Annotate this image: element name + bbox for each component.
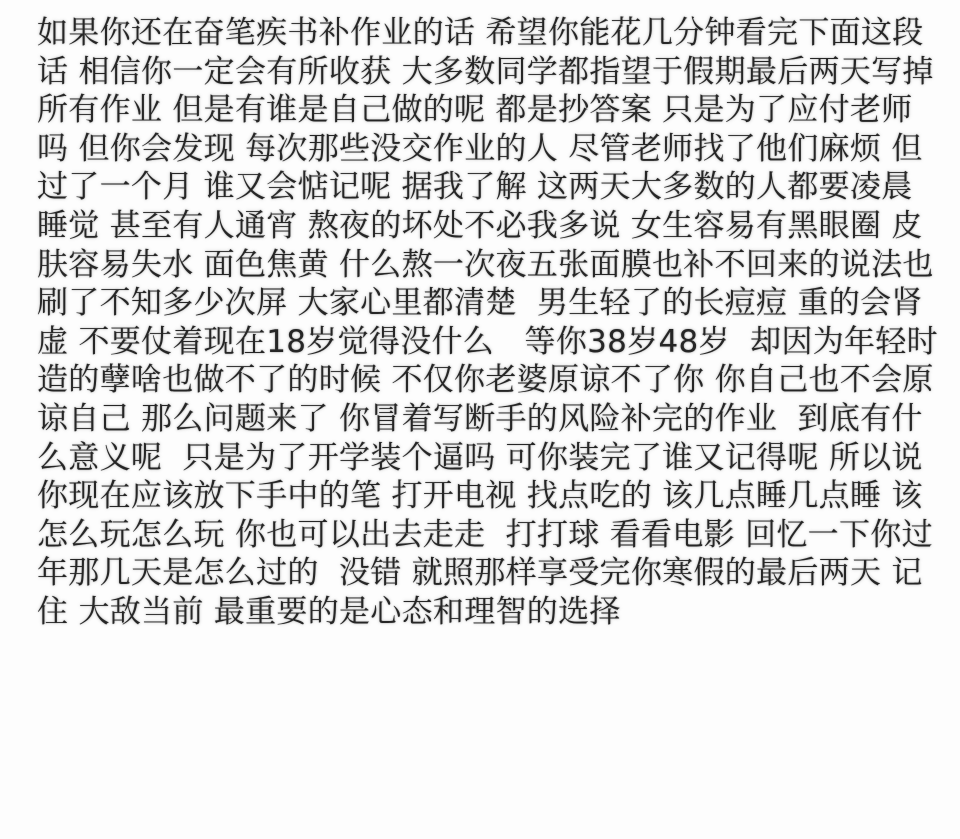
text-line: 睡觉 甚至有人通宵 熬夜的坏处不必我多说 女生容易有黑眼圈 皮 — [37, 207, 937, 246]
text-line: 所有作业 但是有谁是自己做的呢 都是抄答案 只是为了应付老师 — [37, 91, 937, 130]
text-line: 如果你还在奋笔疾书补作业的话 希望你能花几分钟看完下面这段 — [37, 14, 937, 53]
text-line: 话 相信你一定会有所收获 大多数同学都指望于假期最后两天写掉 — [37, 53, 937, 92]
text-line: 住 大敌当前 最重要的是心态和理智的选择 — [37, 593, 937, 632]
text-line: 肤容易失水 面色焦黄 什么熬一次夜五张面膜也补不回来的说法也 — [37, 246, 937, 285]
text-line: 年那几天是怎么过的 没错 就照那样享受完你寒假的最后两天 记 — [37, 554, 937, 593]
text-line: 造的孽啥也做不了的时候 不仅你老婆原谅不了你 你自己也不会原 — [37, 361, 937, 400]
text-line — [37, 747, 937, 786]
text-line — [37, 632, 937, 671]
text-line: 过了一个月 谁又会惦记呢 据我了解 这两天大多数的人都要凌晨 — [37, 168, 937, 207]
text-passage: 如果你还在奋笔疾书补作业的话 希望你能花几分钟看完下面这段 话 相信你一定会有所… — [37, 14, 937, 824]
text-line — [37, 709, 937, 748]
text-line: 怎么玩怎么玩 你也可以出去走走 打打球 看看电影 回忆一下你过 — [37, 516, 937, 555]
text-line: 虚 不要仗着现在18岁觉得没什么 等你38岁48岁 却因为年轻时 — [37, 323, 937, 362]
text-line — [37, 786, 937, 825]
text-line: 么意义呢 只是为了开学装个逼吗 可你装完了谁又记得呢 所以说 — [37, 439, 937, 478]
text-line: 谅自己 那么问题来了 你冒着写断手的风险补完的作业 到底有什 — [37, 400, 937, 439]
text-line: 吗 但你会发现 每次那些没交作业的人 尽管老师找了他们麻烦 但 — [37, 130, 937, 169]
document-page: 如果你还在奋笔疾书补作业的话 希望你能花几分钟看完下面这段 话 相信你一定会有所… — [0, 0, 960, 839]
text-line: 刷了不知多少次屏 大家心里都清楚 男生轻了的长痘痘 重的会肾 — [37, 284, 937, 323]
text-line — [37, 670, 937, 709]
text-line: 你现在应该放下手中的笔 打开电视 找点吃的 该几点睡几点睡 该 — [37, 477, 937, 516]
